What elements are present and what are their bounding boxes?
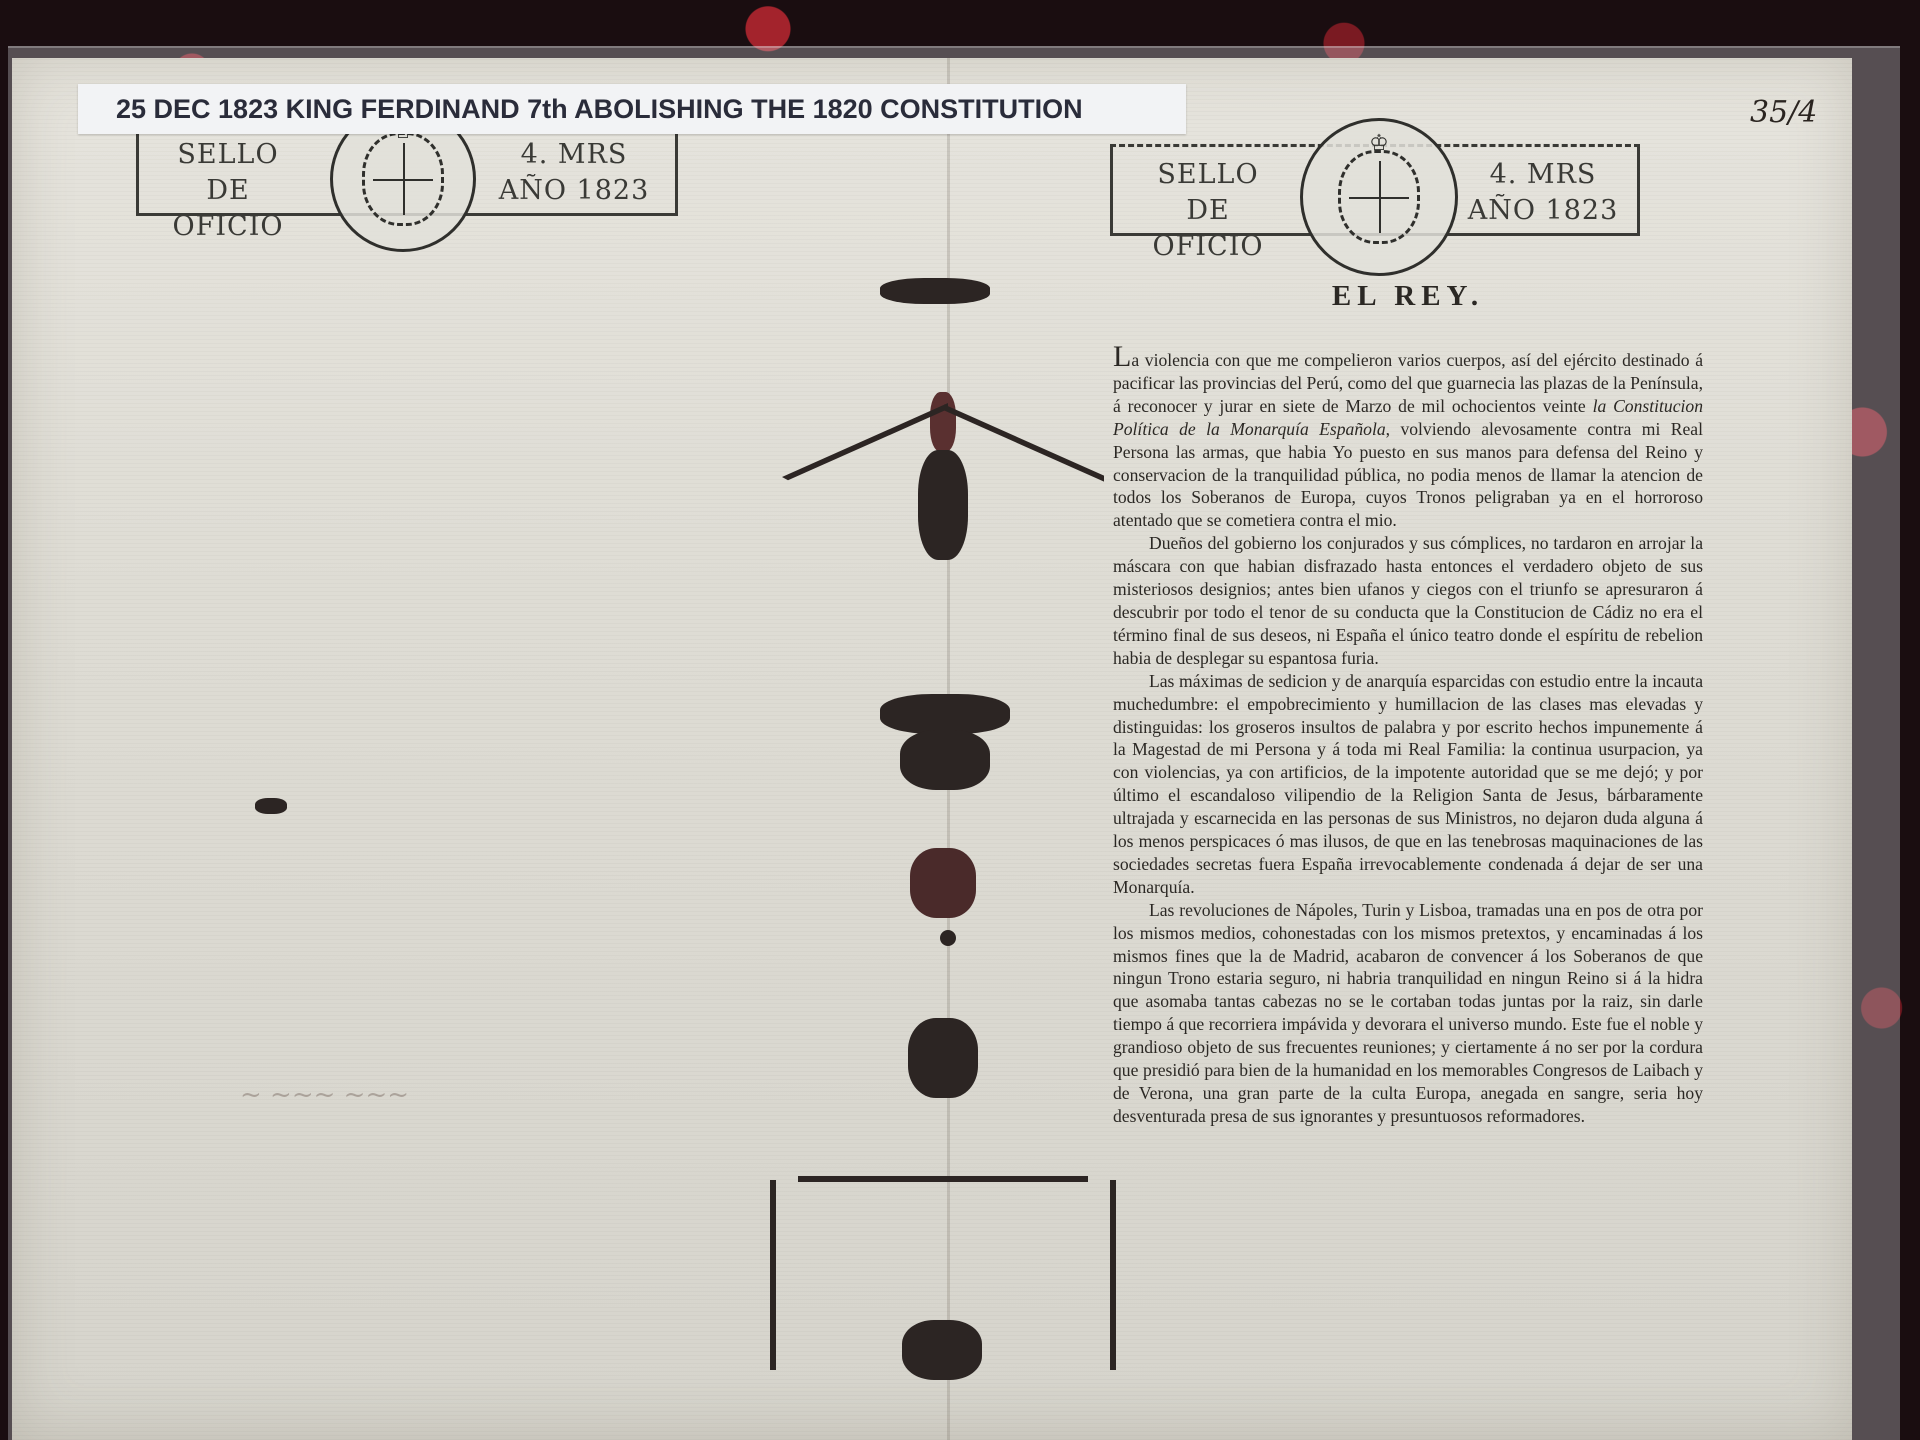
stamp-left-label: SELLO DE OFICIO xyxy=(1133,157,1283,265)
ink-blot xyxy=(902,1320,982,1380)
stamp-line: OFICIO xyxy=(153,209,303,245)
ink-blot xyxy=(908,1018,978,1098)
decree-text: EL REY. La violencia con que me compelie… xyxy=(1113,280,1703,1128)
stamp-value-label: 4. MRS AÑO 1823 xyxy=(489,137,659,209)
ink-blot xyxy=(910,848,976,918)
paragraph-1: La violencia con que me compelieron vari… xyxy=(1113,347,1703,532)
ink-blot xyxy=(880,278,990,304)
stamp-value-label: 4. MRS AÑO 1823 xyxy=(1463,157,1623,229)
ink-blot-arm xyxy=(798,1176,1088,1200)
ink-blot xyxy=(900,730,990,790)
stamp-line: 4. MRS xyxy=(1463,157,1623,193)
ink-blot-stroke xyxy=(1110,1180,1116,1370)
stamp-line: SELLO DE xyxy=(1133,157,1283,229)
ink-spot xyxy=(255,798,287,814)
paragraph-2: Dueños del gobierno los conjurados y sus… xyxy=(1113,532,1703,669)
ink-blot-stroke xyxy=(770,1180,776,1370)
bleed-through-signature: ~ ~~~ ~~~ xyxy=(240,1080,409,1110)
ink-blot xyxy=(880,694,1010,734)
caption-text: 25 DEC 1823 KING FERDINAND 7th ABOLISHIN… xyxy=(116,94,1083,125)
stamp-line: AÑO 1823 xyxy=(1463,193,1623,229)
royal-seal-right: ♔ xyxy=(1300,118,1458,276)
stamp-line: OFICIO xyxy=(1133,229,1283,265)
royal-coat-of-arms-icon xyxy=(362,132,444,226)
stamp-line: 4. MRS xyxy=(489,137,659,173)
caption-label-strip: 25 DEC 1823 KING FERDINAND 7th ABOLISHIN… xyxy=(78,84,1186,134)
royal-coat-of-arms-icon xyxy=(1338,150,1420,244)
paragraph-4: Las revoluciones de Nápoles, Turin y Lis… xyxy=(1113,899,1703,1128)
stamp-line: AÑO 1823 xyxy=(489,173,659,209)
handwritten-page-number: 35/4 xyxy=(1750,95,1817,130)
drop-cap: L xyxy=(1113,340,1131,373)
stamp-left-label: SELLO DE OFICIO xyxy=(153,137,303,245)
stamp-line: SELLO DE xyxy=(153,137,303,209)
ink-blot xyxy=(940,930,956,946)
decree-heading: EL REY. xyxy=(1113,280,1703,313)
paragraph-3: Las máximas de sedicion y de anarquía es… xyxy=(1113,670,1703,899)
